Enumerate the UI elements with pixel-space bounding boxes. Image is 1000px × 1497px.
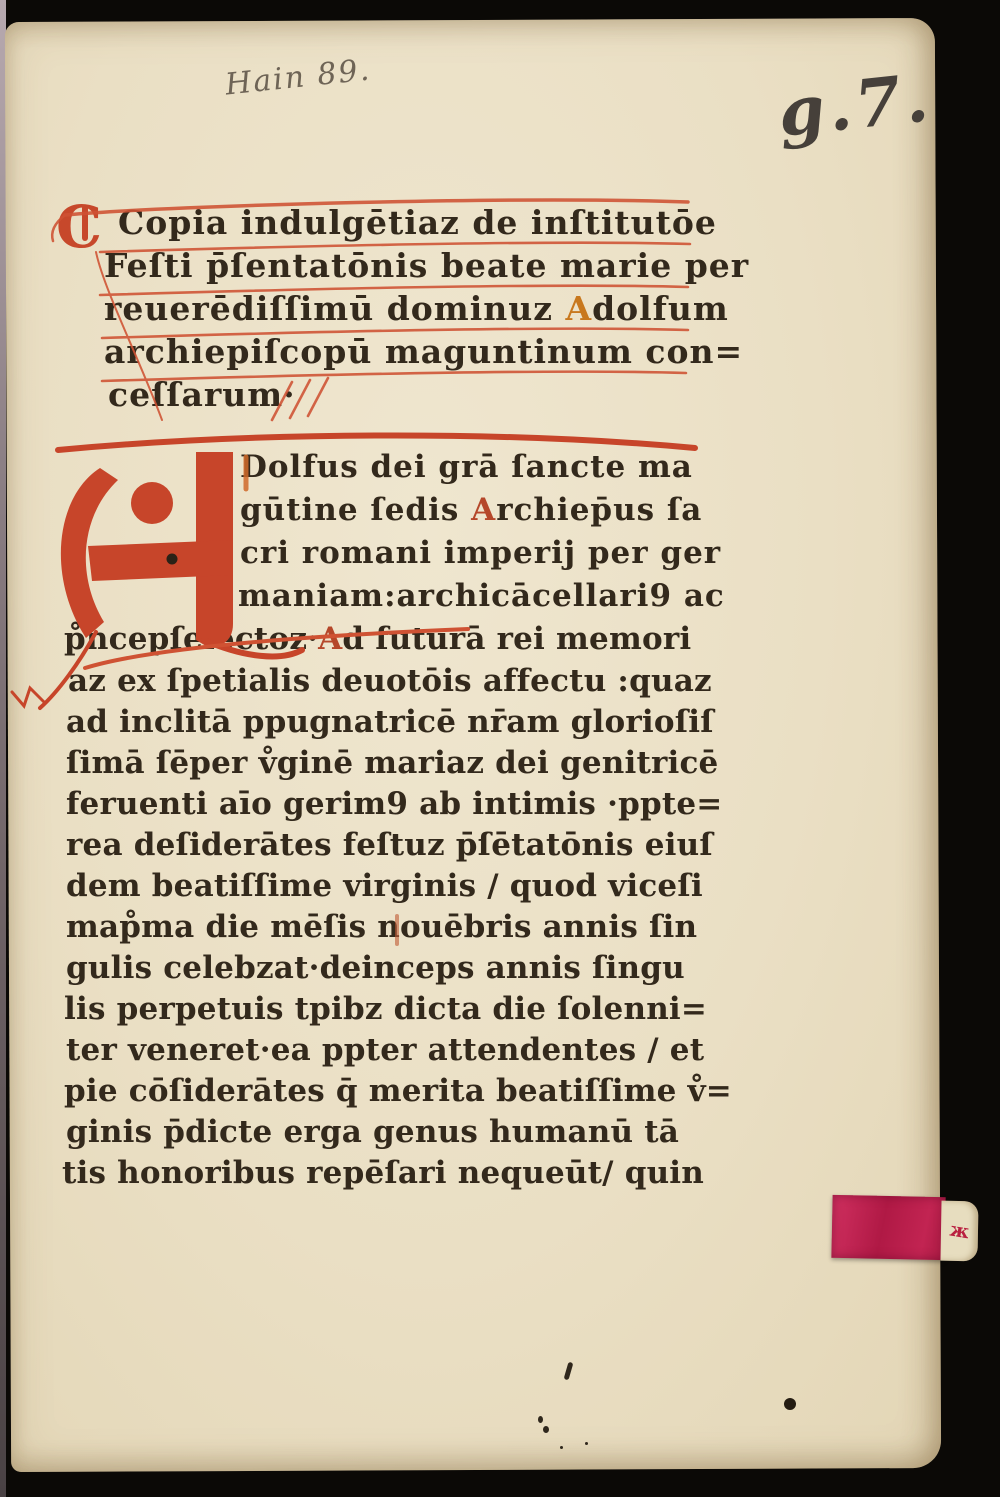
body-line: ginis p̄dicte erga genus humanū tā — [66, 1117, 679, 1148]
body-text: d futurā rei memori — [342, 621, 691, 657]
ink-speck — [560, 1446, 563, 1449]
heading-text: dolfum — [592, 289, 729, 328]
body-line: lis perpetuis tpibz dicta die ſolenni= — [64, 994, 707, 1025]
body-line: pie cōſiderātes q̄ merita beatiſſime v̊= — [64, 1076, 732, 1107]
body-text: gūtine ſedis — [240, 492, 471, 528]
handwritten-folio-mark: g.7. — [774, 58, 935, 152]
body-text: p̊ncepſelectoz· — [64, 621, 318, 657]
body-line: ter veneret·ea ppter attendentes / et — [66, 1035, 704, 1066]
rubricated-capital: A — [471, 492, 496, 528]
body-line: maniam:archicācellari9 ac — [238, 581, 725, 612]
body-line: map̊ma die mēſis nouēbris annis ſin — [66, 912, 697, 943]
rubricated-capital: A — [318, 621, 342, 657]
body-line: Dolfus dei grā ſancte ma — [240, 452, 693, 483]
rubric-paragraph-mark-icon: C — [56, 198, 102, 256]
ink-dot — [784, 1398, 796, 1410]
ink-speck — [538, 1416, 543, 1423]
heading-line: Feſti p̄ſentatōnis beate marie per — [104, 249, 749, 282]
heading-line: archiepiſcopū maguntinum con= — [104, 335, 743, 368]
red-squiggle-icon: ж — [948, 1219, 970, 1244]
body-line: ad inclitā ppugnatricē nr̄am glorioſiſ — [66, 707, 714, 738]
heading-line: Copia indulgētiaz de inſtitutōe — [118, 206, 717, 239]
body-line: p̊ncepſelectoz·Ad futurā rei memori — [64, 624, 691, 655]
body-line: rea deſiderātes feſtuz p̄ſētatōnis eiuſ — [66, 830, 713, 861]
heading-line: ceſſarum· — [108, 378, 296, 411]
ink-speck — [585, 1442, 588, 1445]
body-line: ſimā ſēper v̊ginē mariaz dei genitricē — [66, 748, 718, 779]
body-line: feruenti aīo gerim9 ab intimis ·ppte= — [66, 789, 722, 820]
heading-line: reuerēdiſſimū dominuz Adolfum — [104, 292, 729, 325]
rubricated-capital: A — [565, 289, 592, 328]
bookmark-ribbon — [831, 1195, 945, 1260]
bookmark-ribbon-tab: ж — [940, 1201, 978, 1262]
ink-speck — [543, 1426, 549, 1433]
body-line: gulis celebzat·deinceps annis ſingu — [66, 953, 685, 984]
body-line: az ex ſpetialis deuotōis affectu :quaz — [68, 666, 712, 697]
body-line: dem beatiſſime virginis / quod viceſi — [66, 871, 703, 902]
body-line: tis honoribus repēſari nequeūt/ quin — [62, 1158, 704, 1189]
heading-text: reuerēdiſſimū dominuz — [104, 289, 565, 328]
body-line: cri romani imperij per ger — [240, 538, 721, 569]
body-text: rchiep̄us ſa — [496, 492, 702, 528]
scanned-book-photo: Hain 89. g.7. C Copia indulgētiaz de inſ… — [0, 0, 1000, 1497]
body-line: gūtine ſedis Archiep̄us ſa — [240, 495, 702, 526]
